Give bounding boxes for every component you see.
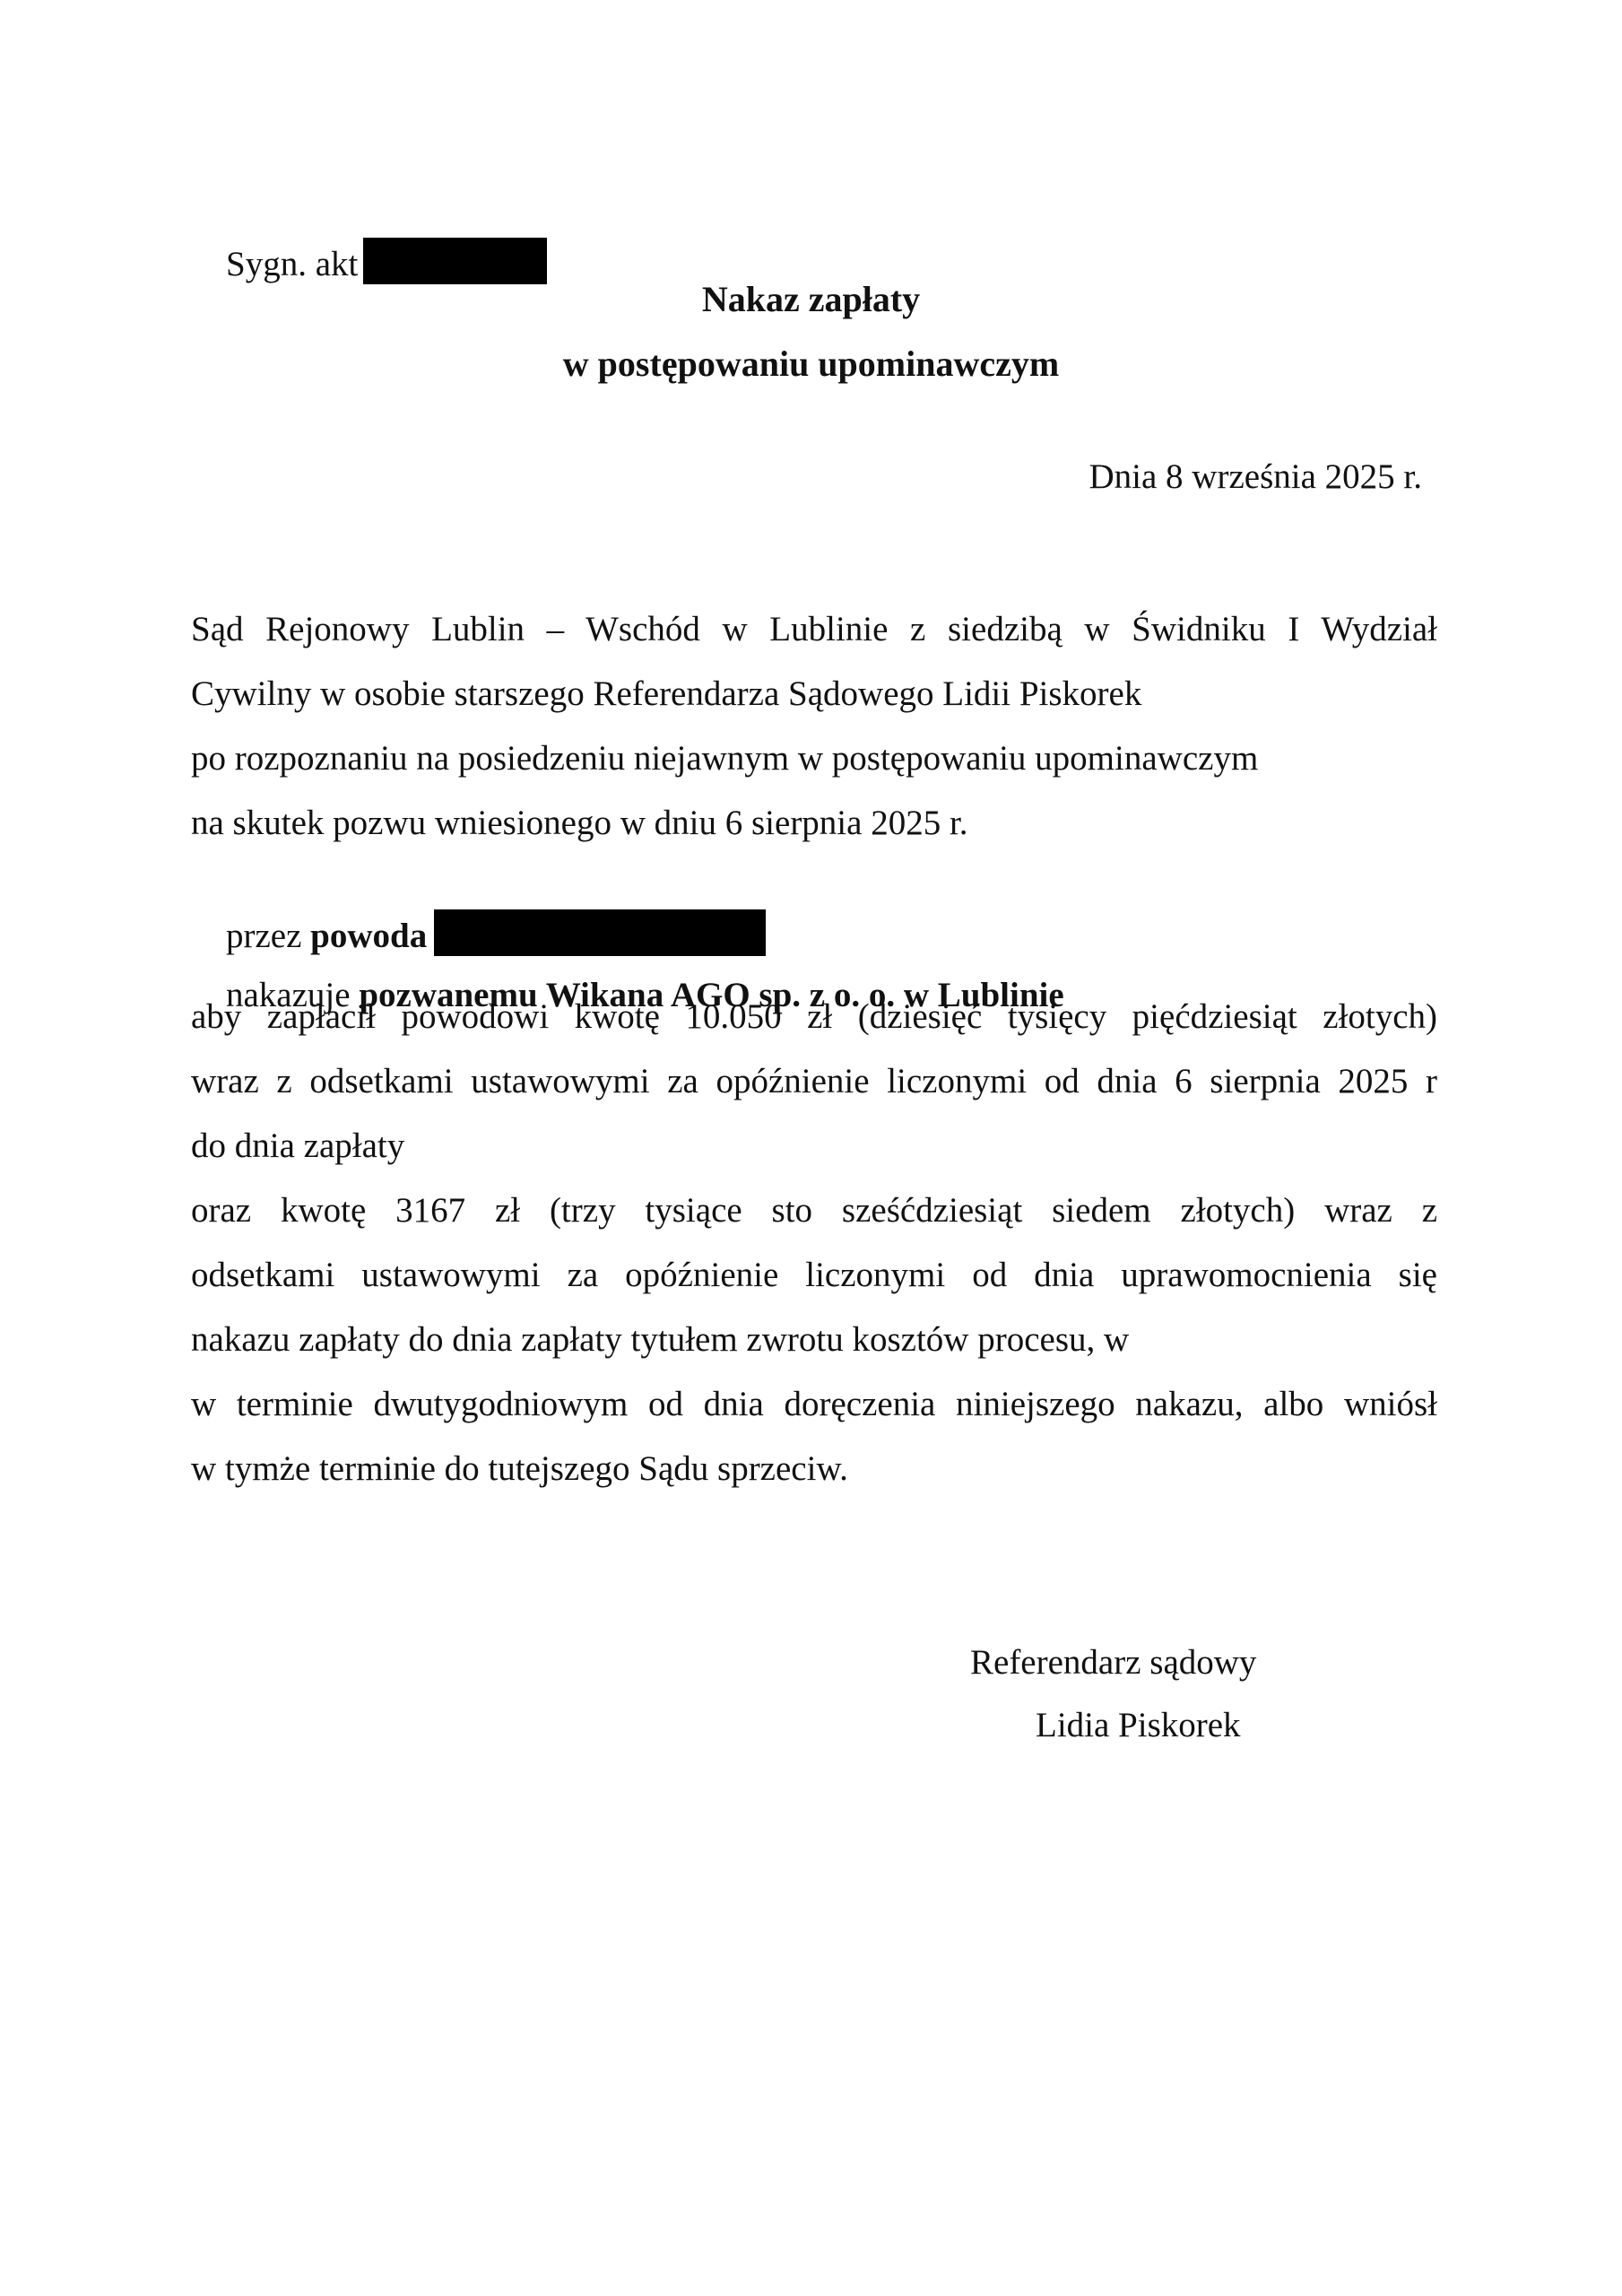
body-line-12: nakazu zapłaty do dnia zapłaty tytułem z… xyxy=(191,1318,1129,1361)
body-line-3: po rozpoznaniu na posiedzeniu niejawnym … xyxy=(191,737,1258,780)
body-line-7: aby zapłacił powodowi kwotę 10.050 zł (d… xyxy=(191,996,1437,1039)
signature-role: Referendarz sądowy xyxy=(970,1641,1256,1684)
body-line-4: na skutek pozwu wniesionego w dniu 6 sie… xyxy=(191,802,968,845)
body-line-14: w tymże terminie do tutejszego Sądu sprz… xyxy=(191,1448,848,1491)
body-line-1: Sąd Rejonowy Lublin – Wschód w Lublinie … xyxy=(191,608,1437,651)
body-line-10: oraz kwotę 3167 zł (trzy tysiące sto sze… xyxy=(191,1189,1437,1232)
document-title: Nakaz zapłaty xyxy=(0,278,1622,321)
body-line-8: wraz z odsetkami ustawowymi za opóźnieni… xyxy=(191,1060,1437,1103)
body-line-11: odsetkami ustawowymi za opóźnienie liczo… xyxy=(191,1254,1437,1297)
body-line-9: do dnia zapłaty xyxy=(191,1125,404,1168)
signature-name: Lidia Piskorek xyxy=(1036,1704,1241,1747)
body-line-13: w terminie dwutygodniowym od dnia doręcz… xyxy=(191,1383,1437,1426)
document-date: Dnia 8 września 2025 r. xyxy=(1089,456,1423,499)
document-subtitle: w postępowaniu upominawczym xyxy=(0,343,1622,386)
body-line-2: Cywilny w osobie starszego Referendarza … xyxy=(191,673,1141,716)
document-page: Sygn. akt Nakaz zapłaty w postępowaniu u… xyxy=(0,0,1622,2296)
